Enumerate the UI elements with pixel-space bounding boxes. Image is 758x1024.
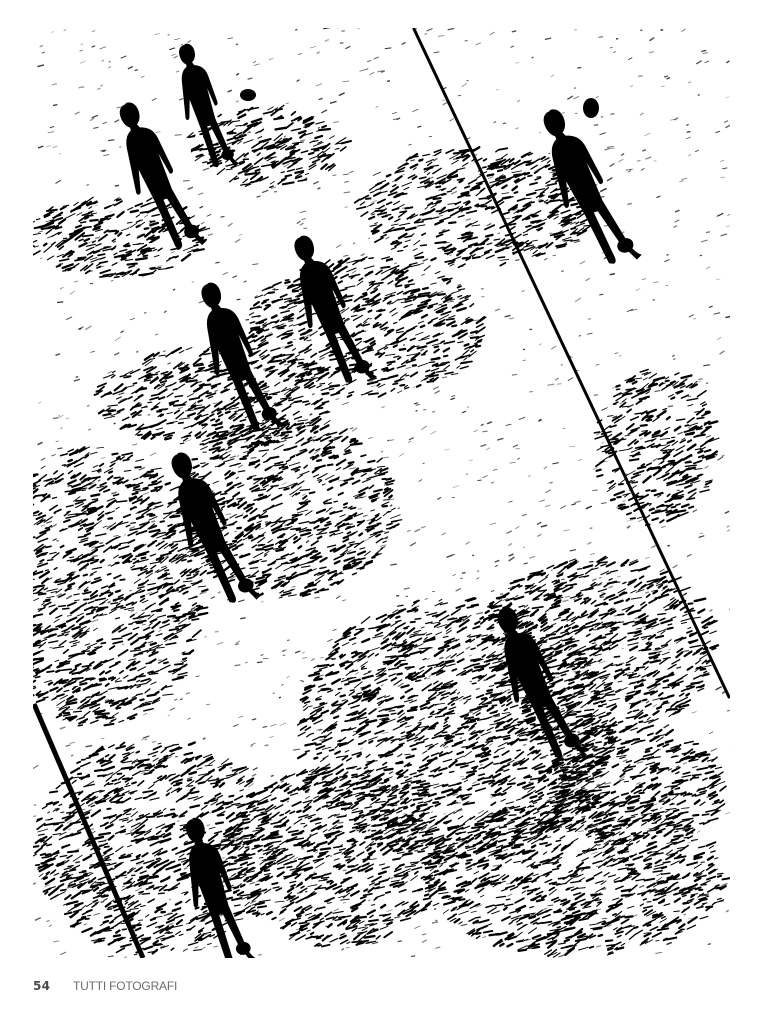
magazine-page: 54 TUTTI FOTOGRAFI <box>0 0 758 1024</box>
page-number: 54 <box>33 979 73 993</box>
photo <box>33 28 730 958</box>
photo-image-icon <box>33 28 730 958</box>
magazine-title: TUTTI FOTOGRAFI <box>73 979 177 993</box>
page-footer: 54 TUTTI FOTOGRAFI <box>33 977 177 995</box>
